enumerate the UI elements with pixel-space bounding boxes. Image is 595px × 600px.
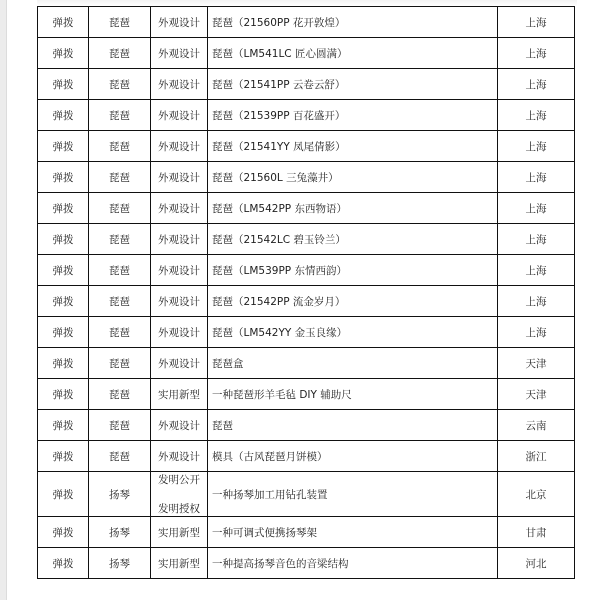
table-row: 弹拨琵琶外观设计琵琶盒天津	[38, 348, 575, 379]
patent-type-cell: 外观设计	[151, 224, 208, 255]
instrument-cell: 琵琶	[89, 131, 151, 162]
patent-type-cell: 外观设计	[151, 441, 208, 472]
patent-type-cell: 实用新型	[151, 379, 208, 410]
instrument-cell: 扬琴	[89, 517, 151, 548]
patent-type-label: 发明公开	[158, 472, 200, 487]
patent-name-cell: 琵琶（21560PP 花开敦煌）	[208, 7, 498, 38]
region-cell: 河北	[498, 548, 575, 579]
region-cell: 上海	[498, 7, 575, 38]
patent-name-cell: 模具（古风琵琶月饼模）	[208, 441, 498, 472]
patent-name-cell: 琵琶（21539PP 百花盛开）	[208, 100, 498, 131]
table-row: 弹拨琵琶外观设计琵琶（21539PP 百花盛开）上海	[38, 100, 575, 131]
patent-type-cell: 实用新型	[151, 517, 208, 548]
instrument-cell: 扬琴	[89, 472, 151, 517]
region-cell: 上海	[498, 131, 575, 162]
category-cell: 弹拨	[38, 7, 89, 38]
patent-name-cell: 琵琶盒	[208, 348, 498, 379]
table-row: 弹拨琵琶外观设计琵琶（LM541LC 匠心圆满）上海	[38, 38, 575, 69]
patent-name-cell: 琵琶（LM542YY 金玉良缘）	[208, 317, 498, 348]
patent-type-cell: 外观设计	[151, 100, 208, 131]
patent-name-cell: 琵琶（LM542PP 东西物语）	[208, 193, 498, 224]
patent-type-cell: 外观设计	[151, 255, 208, 286]
instrument-cell: 扬琴	[89, 548, 151, 579]
region-cell: 上海	[498, 162, 575, 193]
category-cell: 弹拨	[38, 224, 89, 255]
table-row: 弹拨琵琶外观设计琵琶云南	[38, 410, 575, 441]
instrument-cell: 琵琶	[89, 100, 151, 131]
patent-type-cell: 外观设计	[151, 286, 208, 317]
region-cell: 上海	[498, 100, 575, 131]
category-cell: 弹拨	[38, 162, 89, 193]
patent-type-cell: 外观设计	[151, 7, 208, 38]
region-cell: 天津	[498, 379, 575, 410]
patent-name-cell: 琵琶	[208, 410, 498, 441]
region-cell: 上海	[498, 69, 575, 100]
patent-name-cell: 一种提高扬琴音色的音梁结构	[208, 548, 498, 579]
category-cell: 弹拨	[38, 255, 89, 286]
table-row: 弹拨琵琶外观设计模具（古风琵琶月饼模）浙江	[38, 441, 575, 472]
region-cell: 天津	[498, 348, 575, 379]
instrument-cell: 琵琶	[89, 162, 151, 193]
category-cell: 弹拨	[38, 441, 89, 472]
category-cell: 弹拨	[38, 100, 89, 131]
category-cell: 弹拨	[38, 548, 89, 579]
instrument-cell: 琵琶	[89, 69, 151, 100]
patent-name-cell: 琵琶（21541PP 云卷云舒）	[208, 69, 498, 100]
category-cell: 弹拨	[38, 286, 89, 317]
category-cell: 弹拨	[38, 38, 89, 69]
table-row: 弹拨琵琶外观设计琵琶（21542LC 碧玉铃兰）上海	[38, 224, 575, 255]
category-cell: 弹拨	[38, 410, 89, 441]
patent-type-cell: 外观设计	[151, 131, 208, 162]
category-cell: 弹拨	[38, 348, 89, 379]
table-row: 弹拨琵琶外观设计琵琶（LM542YY 金玉良缘）上海	[38, 317, 575, 348]
patent-type-cell: 外观设计	[151, 410, 208, 441]
category-cell: 弹拨	[38, 517, 89, 548]
instrument-cell: 琵琶	[89, 317, 151, 348]
table-row: 弹拨琵琶外观设计琵琶（21560L 三兔藻井）上海	[38, 162, 575, 193]
instrument-cell: 琵琶	[89, 348, 151, 379]
table-row: 弹拨扬琴发明公开发明授权一种扬琴加工用钻孔装置北京	[38, 472, 575, 517]
region-cell: 上海	[498, 224, 575, 255]
table-row: 弹拨琵琶外观设计琵琶（21542PP 流金岁月）上海	[38, 286, 575, 317]
region-cell: 北京	[498, 472, 575, 517]
table-row: 弹拨琵琶实用新型一种琵琶形羊毛毡 DIY 辅助尺天津	[38, 379, 575, 410]
patent-name-cell: 一种琵琶形羊毛毡 DIY 辅助尺	[208, 379, 498, 410]
patent-name-cell: 琵琶（LM539PP 东情西韵）	[208, 255, 498, 286]
patent-type-cell: 外观设计	[151, 317, 208, 348]
region-cell: 上海	[498, 286, 575, 317]
patent-type-cell: 外观设计	[151, 38, 208, 69]
table-row: 弹拨扬琴实用新型一种可调式便携扬琴架甘肃	[38, 517, 575, 548]
instrument-cell: 琵琶	[89, 441, 151, 472]
patent-type-cell: 外观设计	[151, 348, 208, 379]
instrument-cell: 琵琶	[89, 224, 151, 255]
patent-name-cell: 琵琶（21541YY 凤尾倩影）	[208, 131, 498, 162]
region-cell: 上海	[498, 38, 575, 69]
patent-type-cell: 外观设计	[151, 69, 208, 100]
table-row: 弹拨琵琶外观设计琵琶（21541YY 凤尾倩影）上海	[38, 131, 575, 162]
patent-name-cell: 琵琶（LM541LC 匠心圆满）	[208, 38, 498, 69]
instrument-cell: 琵琶	[89, 255, 151, 286]
region-cell: 上海	[498, 193, 575, 224]
category-cell: 弹拨	[38, 131, 89, 162]
category-cell: 弹拨	[38, 379, 89, 410]
region-cell: 甘肃	[498, 517, 575, 548]
region-cell: 云南	[498, 410, 575, 441]
category-cell: 弹拨	[38, 472, 89, 517]
instrument-cell: 琵琶	[89, 379, 151, 410]
category-cell: 弹拨	[38, 317, 89, 348]
category-cell: 弹拨	[38, 193, 89, 224]
patent-name-cell: 琵琶（21560L 三兔藻井）	[208, 162, 498, 193]
patent-type-cell: 发明公开发明授权	[151, 472, 208, 517]
patent-name-cell: 一种可调式便携扬琴架	[208, 517, 498, 548]
patent-name-cell: 一种扬琴加工用钻孔装置	[208, 472, 498, 517]
patent-table: 弹拨琵琶外观设计琵琶（21560PP 花开敦煌）上海弹拨琵琶外观设计琵琶（LM5…	[37, 6, 575, 579]
category-cell: 弹拨	[38, 69, 89, 100]
table-row: 弹拨琵琶外观设计琵琶（LM539PP 东情西韵）上海	[38, 255, 575, 286]
region-cell: 浙江	[498, 441, 575, 472]
instrument-cell: 琵琶	[89, 286, 151, 317]
table-row: 弹拨扬琴实用新型一种提高扬琴音色的音梁结构河北	[38, 548, 575, 579]
patent-name-cell: 琵琶（21542LC 碧玉铃兰）	[208, 224, 498, 255]
patent-name-cell: 琵琶（21542PP 流金岁月）	[208, 286, 498, 317]
instrument-cell: 琵琶	[89, 38, 151, 69]
table-row: 弹拨琵琶外观设计琵琶（LM542PP 东西物语）上海	[38, 193, 575, 224]
instrument-cell: 琵琶	[89, 410, 151, 441]
page-margin	[0, 0, 7, 600]
table-row: 弹拨琵琶外观设计琵琶（21560PP 花开敦煌）上海	[38, 7, 575, 38]
patent-type-cell: 外观设计	[151, 162, 208, 193]
patent-type-cell: 实用新型	[151, 548, 208, 579]
region-cell: 上海	[498, 255, 575, 286]
instrument-cell: 琵琶	[89, 7, 151, 38]
instrument-cell: 琵琶	[89, 193, 151, 224]
patent-type-cell: 外观设计	[151, 193, 208, 224]
table-row: 弹拨琵琶外观设计琵琶（21541PP 云卷云舒）上海	[38, 69, 575, 100]
region-cell: 上海	[498, 317, 575, 348]
patent-type-label: 发明授权	[158, 501, 200, 516]
